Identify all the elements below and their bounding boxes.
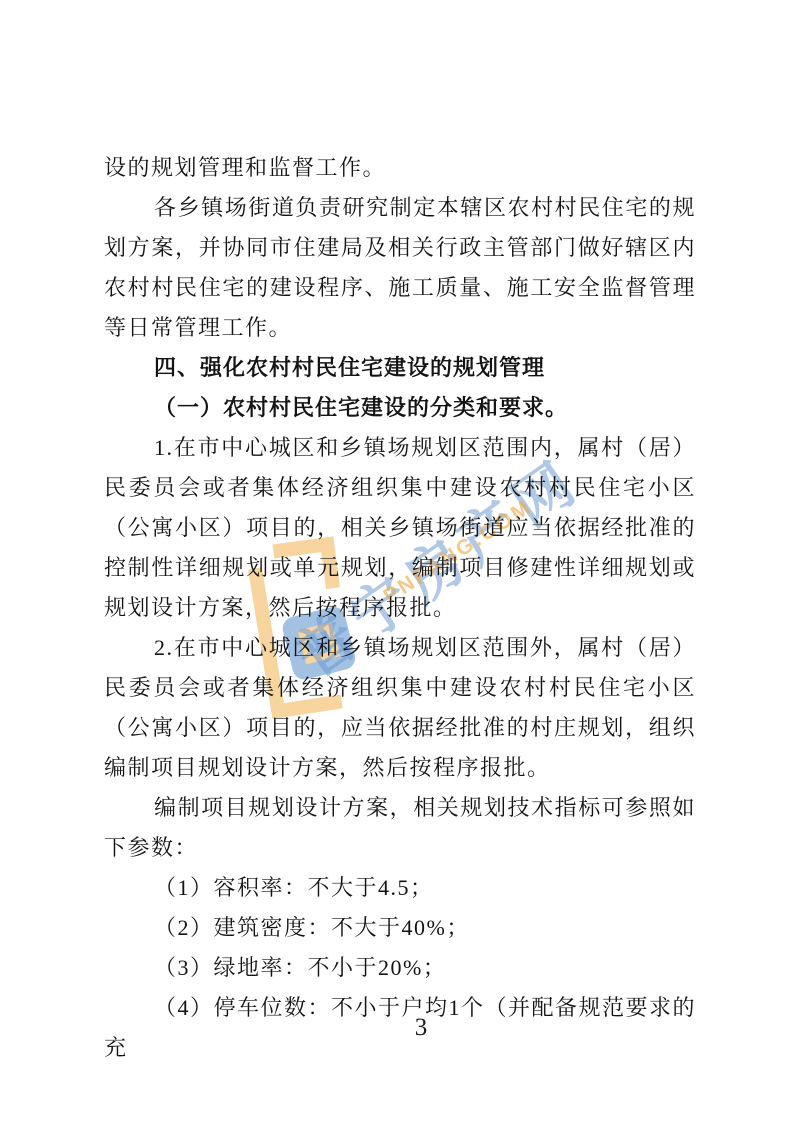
section-heading: 四、强化农村村民住宅建设的规划管理 — [104, 348, 696, 388]
paragraph: 1.在市中心城区和乡镇场规划区范围内，属村（居）民委员会或者集体经济组织集中建设… — [104, 428, 696, 628]
section-heading: （一）农村村民住宅建设的分类和要求。 — [104, 388, 696, 428]
paragraph: 设的规划管理和监督工作。 — [104, 148, 696, 188]
document-page: 普宁房产网 PNFANG.COM 设的规划管理和监督工作。各乡镇场街道负责研究制… — [0, 0, 800, 1130]
paragraph: （1）容积率：不大于4.5； — [104, 868, 696, 908]
paragraph: 编制项目规划设计方案，相关规划技术指标可参照如下参数： — [104, 788, 696, 868]
page-number: 3 — [0, 1014, 800, 1042]
document-body: 设的规划管理和监督工作。各乡镇场街道负责研究制定本辖区农村村民住宅的规划方案，并… — [104, 148, 696, 1068]
paragraph: （3）绿地率：不小于20%； — [104, 948, 696, 988]
paragraph: 各乡镇场街道负责研究制定本辖区农村村民住宅的规划方案，并协同市住建局及相关行政主… — [104, 188, 696, 348]
paragraph: 2.在市中心城区和乡镇场规划区范围外，属村（居）民委员会或者集体经济组织集中建设… — [104, 628, 696, 788]
paragraph: （2）建筑密度：不大于40%； — [104, 908, 696, 948]
